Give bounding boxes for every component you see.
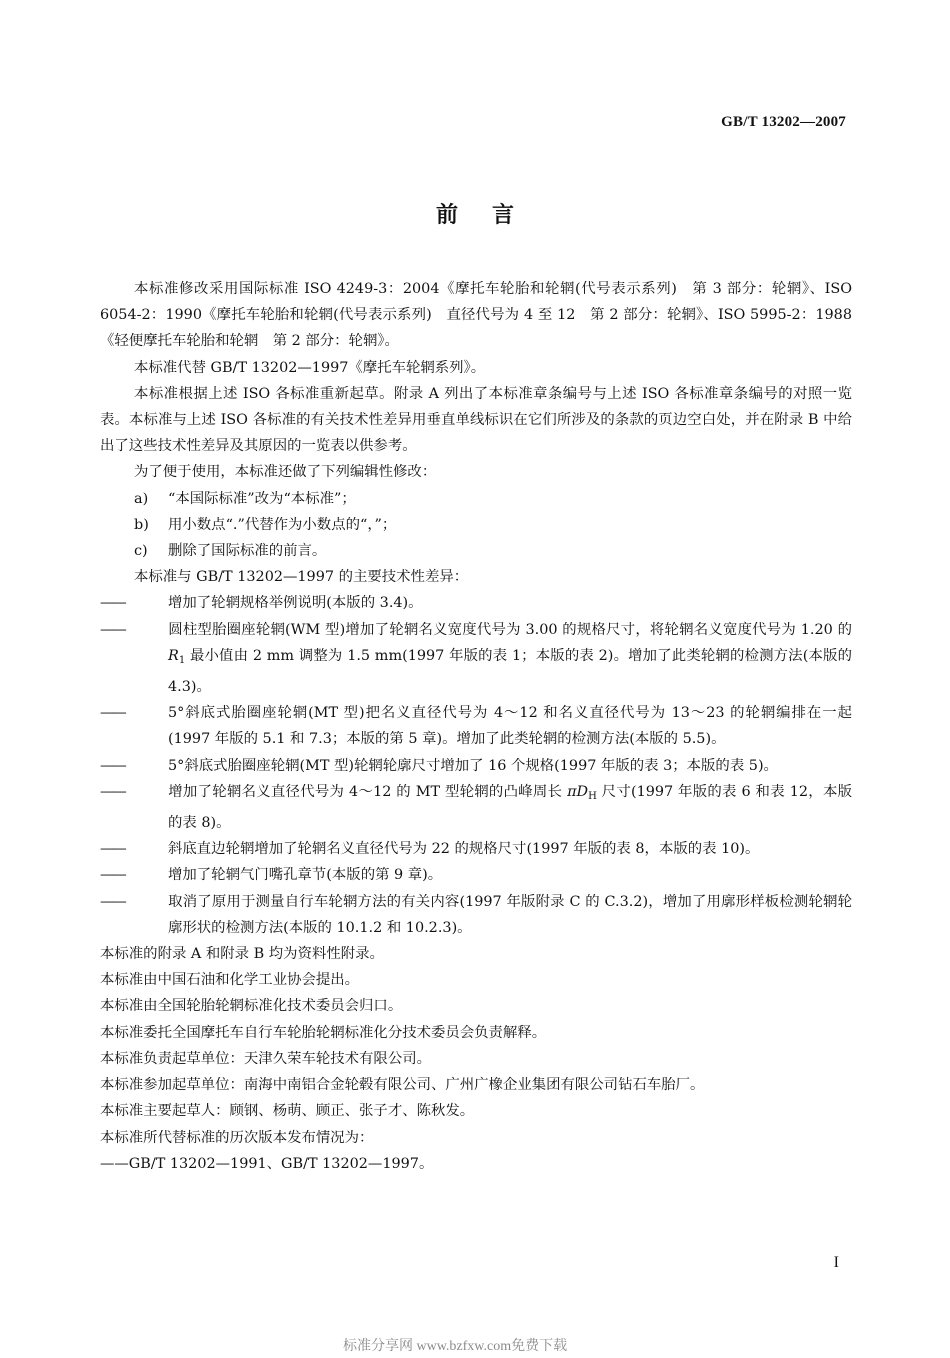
document-body: 本标准修改采用国际标准 ISO 4249-3：2004《摩托车轮胎和轮辋(代号表… [100,276,852,1177]
paragraph-editorial-intro: 为了便于使用，本标准还做了下列编辑性修改： [100,459,852,485]
differences-intro: 本标准与 GB/T 13202—1997 的主要技术性差异： [100,564,852,590]
closing-history-intro: 本标准所代替标准的历次版本发布情况为： [100,1125,852,1151]
list-text: 用小数点“.”代替作为小数点的“，”； [168,517,396,533]
difference-text: 增加了轮辋名义直径代号为 4～12 的 MT 型轮辋的凸峰周长 [168,784,567,800]
list-marker: b) [134,512,168,538]
list-item: c)删除了国际标准的前言。 [100,538,852,564]
closing-interpretation: 本标准委托全国摩托车自行车轮胎轮辋标准化分技术委员会负责解释。 [100,1020,852,1046]
dash-marker: —— [100,590,168,616]
dash-marker: —— [100,889,168,915]
paragraph-replaces: 本标准代替 GB/T 13202—1997《摩托车轮辋系列》。 [100,355,852,381]
difference-item: ——圆柱型胎圈座轮辋(WM 型)增加了轮辋名义宽度代号为 3.00 的规格尺寸，… [100,617,852,701]
difference-item: ——增加了轮辋气门嘴孔章节(本版的第 9 章)。 [100,862,852,888]
list-marker: c) [134,538,168,564]
list-item: a)“本国际标准”改为“本标准”； [100,486,852,512]
dash-marker: —— [100,862,168,888]
dash-marker: —— [100,753,168,779]
difference-text: 增加了轮辋规格举例说明(本版的 3.4)。 [168,595,423,611]
dash-marker: —— [100,617,168,643]
list-marker: a) [134,486,168,512]
standard-code: GB/T 13202—2007 [721,114,846,131]
difference-text: 增加了轮辋气门嘴孔章节(本版的第 9 章)。 [168,867,442,883]
watermark: 标准分享网 www.bzfxw.com免费下载 [343,1335,567,1355]
difference-text: 斜底直边轮辋增加了轮辋名义直径代号为 22 的规格尺寸(1997 年版的表 8，… [168,841,759,857]
version-history: ——GB/T 13202—1991、GB/T 13202—1997。 [100,1151,852,1177]
difference-item: ——增加了轮辋名义直径代号为 4～12 的 MT 型轮辋的凸峰周长 πDH 尺寸… [100,779,852,836]
page-title: 前言 [0,198,950,229]
paragraph-drafting: 本标准根据上述 ISO 各标准重新起草。附录 A 列出了本标准章条编号与上述 I… [100,381,852,460]
closing-lead-drafter: 本标准负责起草单位：天津久荣车轮技术有限公司。 [100,1046,852,1072]
dash-marker: —— [100,700,168,726]
subscript: H [588,791,597,802]
page-number: I [834,1254,839,1272]
difference-text: 5°斜底式胎圈座轮辋(MT 型)把名义直径代号为 4～12 和名义直径代号为 1… [168,705,852,747]
difference-item: ——斜底直边轮辋增加了轮辋名义直径代号为 22 的规格尺寸(1997 年版的表 … [100,836,852,862]
closing-committee: 本标准由全国轮胎轮辋标准化技术委员会归口。 [100,993,852,1019]
difference-text: 取消了原用于测量自行车轮辋方法的有关内容(1997 年版附录 C 的 C.3.2… [168,894,852,936]
difference-item: ——5°斜底式胎圈座轮辋(MT 型)轮辋轮廓尺寸增加了 16 个规格(1997 … [100,753,852,779]
difference-text: 5°斜底式胎圈座轮辋(MT 型)轮辋轮廓尺寸增加了 16 个规格(1997 年版… [168,758,778,774]
list-text: “本国际标准”改为“本标准”； [168,491,356,507]
closing-annex-note: 本标准的附录 A 和附录 B 均为资料性附录。 [100,941,852,967]
difference-item: ——增加了轮辋规格举例说明(本版的 3.4)。 [100,590,852,616]
closing-authors: 本标准主要起草人：顾钢、杨萌、顾正、张子才、陈秋发。 [100,1098,852,1124]
closing-proposer: 本标准由中国石油和化学工业协会提出。 [100,967,852,993]
symbol-pi-d: πD [567,784,588,800]
difference-item: ——取消了原用于测量自行车轮辋方法的有关内容(1997 年版附录 C 的 C.3… [100,889,852,941]
symbol-r: R [168,648,179,664]
difference-item: ——5°斜底式胎圈座轮辋(MT 型)把名义直径代号为 4～12 和名义直径代号为… [100,700,852,752]
paragraph-adoption: 本标准修改采用国际标准 ISO 4249-3：2004《摩托车轮胎和轮辋(代号表… [100,276,852,355]
closing-participants: 本标准参加起草单位：南海中南铝合金轮毂有限公司、广州广橡企业集团有限公司钻石车胎… [100,1072,852,1098]
difference-text: 圆柱型胎圈座轮辋(WM 型)增加了轮辋名义宽度代号为 3.00 的规格尺寸，将轮… [168,622,852,638]
dash-marker: —— [100,779,168,805]
difference-text: 最小值由 2 mm 调整为 1.5 mm(1997 年版的表 1；本版的表 2)… [168,648,852,695]
dash-marker: —— [100,836,168,862]
list-text: 删除了国际标准的前言。 [168,543,326,559]
list-item: b)用小数点“.”代替作为小数点的“，”； [100,512,852,538]
